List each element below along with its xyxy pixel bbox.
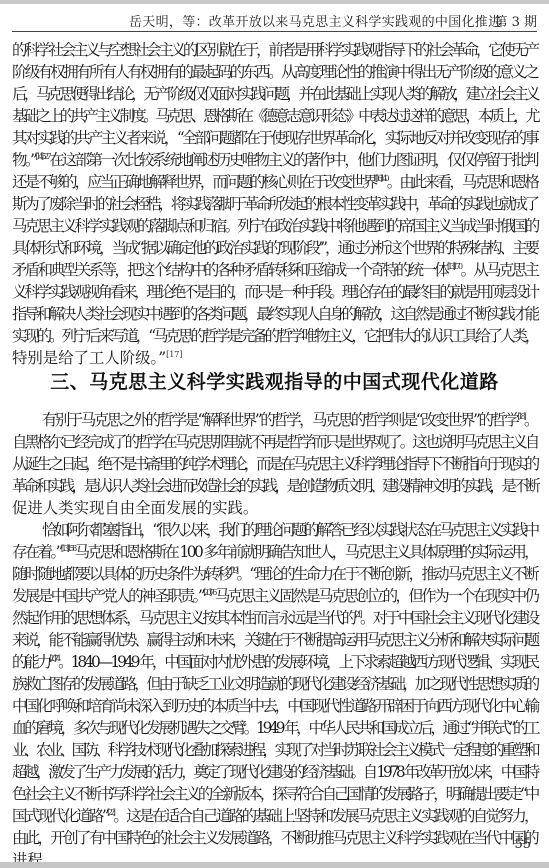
text-line: 自黑格尔已经完成了的哲学在马克思那里就不再是哲学而只是世界观了。这也说明马克思主…: [12, 432, 537, 453]
line-text: 。1840—1949 年，中国面对内忧外患的发展环境，上下求索超越西方现代逻辑、…: [58, 653, 537, 671]
line-text: 物。”: [12, 151, 35, 169]
text-line: 业、农业、国防、科学技术现代化叠加探索进程，实现了对当时苏联社会主义模式一定程度…: [12, 740, 537, 761]
line-text: 马克思主义固然是马克思创立的，但作为一个在现实中仍: [215, 587, 538, 605]
line-text: 存在着。”: [12, 543, 61, 561]
text-line: 血的窘境，多次与现代化发展机遇失之交臂。1949 年，中华人民共和国成立后，通过…: [12, 718, 537, 739]
text-line: 中国化呼唤和培育尚未深入到历史的本质当中去，中国现代性道路开辟困于向西方现代化中…: [12, 696, 537, 717]
text-line: 物。”[14]527在这部第一次比较系统地阐述历史唯物主义的著作中，他们力图证明…: [12, 150, 537, 171]
text-line: 阶级有权拥有所有人有权拥有的最起码的东西。从高度理论性的推演中得出无产阶级的意义…: [12, 62, 537, 83]
text-line: 超越，激发了生产力发展的活力，奠定了现代化建设的经济基础。自 1978 年改革开…: [12, 762, 537, 783]
text-line: 基础之上的共产主义制度。马克思、恩格斯在《德意志意识形态》中表达过这样的意思，本…: [12, 106, 537, 127]
text-line: 革命和实践，是认识人类社会进而改造社会的实践，是创造物质文明、建设精神文明的实践…: [12, 476, 537, 497]
text-line: 实现的。列宁后来写道，“马克思的哲学是完备的哲学唯物主义，它把伟大的认识工具给了…: [12, 326, 537, 347]
text-line: 然起作用的思想体系，马克思主义按其本性而言永远是当代的[21]。对于中国社会主义…: [12, 608, 537, 629]
text-line: 的科学社会主义与空想社会主义的区别就在于，前者是用科学实践观指导下的社会革命，它…: [12, 40, 537, 61]
line-text: 斯为了废除当时的社会桎梏，将实践落脚于革命所发起的根本性变革实践中，革命的实践也…: [12, 195, 537, 213]
line-text: 义科学实践观视角看来，理论绝不是目的，而只是一种手段。理论存在的最终目的就是用顶…: [12, 283, 537, 301]
line-text: 。“理论的生命力在于不断创新，推动马克思主义不断: [236, 565, 537, 583]
line-text: 指导和解决人类社会现实中遇到的各类问题，最终实现人自身的解放，这自然是通过不断实…: [12, 305, 537, 323]
line-text: 发展是中国共产党人的神圣职责。”: [12, 587, 203, 605]
scan-bottom-band: [0, 862, 549, 868]
text-line: 随时随地都要以具体的历史条件为转移[19]。“理论的生命力在于不断创新，推动马克…: [12, 564, 537, 585]
line-text: 随时随地都要以具体的历史条件为转移: [12, 565, 230, 583]
text-line: 马克思主义科学实践观的落脚点和归宿。列宁在政治实践中将他遇到的帝国主义当成当时俄…: [12, 216, 537, 237]
line-text: 的科学社会主义与空想社会主义的区别就在于，前者是用科学实践观指导下的社会革命，它…: [12, 41, 537, 59]
line-text: 促进人类实现自由全面发展的实践。: [12, 499, 258, 517]
line-text: 。: [524, 411, 537, 429]
line-text: 。这是在适合自己道路的基础上坚持和发展马克思主义实践观的自觉努力，: [113, 807, 537, 825]
text-line: 具体形式和环境，当成“据以确定他的政治实践的‘现阶段’”，通过分析这个世界的特殊…: [12, 238, 537, 259]
line-text: 。从马克思主: [461, 261, 538, 279]
line-text: 血的窘境，多次与现代化发展机遇失之交臂。1949 年，中华人民共和国成立后，通过…: [12, 719, 537, 737]
text-line: 族救亡图存的发展道路，但由于缺乏工业文明造就的现代化建设经济基础，加之现代性思想…: [12, 674, 537, 695]
line-text: 基础之上的共产主义制度。马克思、恩格斯在《德意志意识形态》中表达过这样的意思，本…: [12, 107, 537, 125]
text-line: 存在着。”[13]158马克思和恩格斯在 100 多年前就明确告知世人，马克思主…: [12, 542, 537, 563]
text-line: 斯为了废除当时的社会桎梏，将实践落脚于革命所发起的根本性变革实践中，革命的实践也…: [12, 194, 537, 215]
line-text: 来说，能不能赢得优势、赢得主动和未来，关键在于不断提高运用马克思主义分析和解决实…: [12, 631, 537, 649]
line-text: 后，马克思便得出结论，无产阶级仅仅面对实践问题，并在此基础上实现人类的解放，建立…: [12, 85, 537, 103]
line-text: 。对于中国社会主义现代化建设: [360, 609, 538, 627]
page-number: 55: [514, 837, 531, 852]
line-text: 马克思主义科学实践观的落脚点和归宿。列宁在政治实践中将他遇到的帝国主义当成当时俄…: [12, 217, 537, 235]
line-text: 在这部第一次比较系统地阐述历史唯物主义的著作中，他们力图证明，仅仅停留于批判: [49, 151, 537, 169]
text-line: 还是不够的，应当正确地解释世界，而问题的核心则在于改变世界[16]140。由此来…: [12, 172, 537, 193]
text-line: 的能力[20]74。1840—1949 年，中国面对内忧外患的发展环境，上下求索…: [12, 652, 537, 673]
line-text: 业、农业、国防、科学技术现代化叠加探索进程，实现了对当时苏联社会主义模式一定程度…: [12, 741, 537, 759]
line-text: 由此，开创了有中国特色的社会主义发展道路，不断助推马克思主义科学实践观在当代中国…: [12, 829, 537, 847]
line-text: 马克思和恩格斯在 100 多年前就明确告知世人，马克思主义具体原理的实际运用，: [75, 543, 537, 561]
line-text: 自黑格尔已经完成了的哲学在马克思那里就不再是哲学而只是世界观了。这也说明马克思主…: [12, 433, 537, 451]
citation: [14]527: [35, 152, 49, 161]
line-text: 实现的。列宁后来写道，“马克思的哲学是完备的哲学唯物主义，它把伟大的认识工具给了…: [12, 327, 537, 345]
text-line: 有别于马克思之外的哲学是“解释世界”的哲学，马克思的哲学则是“改变世界”的哲学[…: [42, 410, 537, 431]
line-text: 从诞生之日起，绝不是书斋里的纯学术理论，而是在马克思主义科学理论指导下不断指向于…: [12, 455, 537, 473]
text-line: 其对实践的共产主义者来说，“全部问题都在于使现存世界革命化，实际地反对并改变现存…: [12, 128, 537, 149]
text-line: 指导和解决人类社会现实中遇到的各类问题，最终实现人自身的解放，这自然是通过不断实…: [12, 304, 537, 325]
line-text: 其对实践的共产主义者来说，“全部问题都在于使现存世界革命化，实际地反对并改变现存…: [12, 129, 537, 147]
text-line: 恰如阿尔都塞指出，“很久以来，我们的理论问题的解答已经以实践状态在马克思主义实践…: [42, 520, 537, 541]
citation: [17]: [166, 350, 182, 359]
line-text: 还是不够的，应当正确地解释世界，而问题的核心则在于改变世界: [12, 173, 375, 191]
line-text: 恰如阿尔都塞指出，“很久以来，我们的理论问题的解答已经以实践状态在马克思主义实践…: [42, 521, 537, 539]
line-text: 革命和实践，是认识人类社会进而改造社会的实践，是创造物质文明、建设精神文明的实践…: [12, 477, 537, 495]
text-line: 来说，能不能赢得优势、赢得主动和未来，关键在于不断提高运用马克思主义分析和解决实…: [12, 630, 537, 651]
line-text: 中国化呼唤和培育尚未深入到历史的本质当中去，中国现代性道路开辟困于向西方现代化中…: [12, 697, 537, 715]
scan-top-band: [0, 0, 549, 4]
line-text: 族救亡图存的发展道路，但由于缺乏工业文明造就的现代化建设经济基础，加之现代性思想…: [12, 675, 537, 693]
issue-number: 第 3 期: [494, 11, 537, 30]
text-line: 促进人类实现自由全面发展的实践。: [12, 498, 537, 519]
line-text: 。由此来看，马克思和恩格: [387, 173, 537, 191]
text-line: 后，马克思便得出结论，无产阶级仅仅面对实践问题，并在此基础上实现人类的解放，建立…: [12, 84, 537, 105]
line-text: 国式现代化道路”: [12, 807, 107, 825]
citation: [20]74: [49, 654, 58, 663]
citation: [16]140: [375, 174, 387, 183]
text-line: 从诞生之日起，绝不是书斋里的纯学术理论，而是在马克思主义科学理论指导下不断指向于…: [12, 454, 537, 475]
text-line: 由此，开创了有中国特色的社会主义发展道路，不断助推马克思主义科学实践观在当代中国…: [12, 828, 537, 849]
text-line: 国式现代化道路”[22]。这是在适合自己道路的基础上坚持和发展马克思主义实践观的…: [12, 806, 537, 827]
text-line: 特别是给了工人阶级。”[17]: [12, 348, 537, 369]
text-line: 义科学实践观视角看来，理论绝不是目的，而只是一种手段。理论存在的最终目的就是用顶…: [12, 282, 537, 303]
line-text: 矛盾和典型关系等，把这个结构中的各种矛盾转移和压缩成一个奇特的统一体: [12, 261, 447, 279]
line-text: 具体形式和环境，当成“据以确定他的政治实践的‘现阶段’”，通过分析这个世界的特殊…: [12, 239, 537, 257]
citation: [13]158: [61, 544, 75, 553]
text-line: 色社会主义不断书写科学社会主义的全新版本，探寻符合自己国情的发展路子，明确提出要…: [12, 784, 537, 805]
line-text: 色社会主义不断书写科学社会主义的全新版本，探寻符合自己国情的发展路子，明确提出要…: [12, 785, 537, 803]
line-text: 然起作用的思想体系，马克思主义按其本性而言永远是当代的: [12, 609, 354, 627]
running-header: 岳天明，等：改革开放以来马克思主义科学实践观的中国化推进 第 3 期: [12, 9, 537, 29]
section-heading: 三、马克思主义科学实践观指导的中国式现代化道路: [0, 367, 549, 394]
text-line: 矛盾和典型关系等，把这个结构中的各种矛盾转移和压缩成一个奇特的统一体[13]17…: [12, 260, 537, 281]
line-text: 的能力: [12, 653, 49, 671]
text-line: 发展是中国共产党人的神圣职责。”[20]76马克思主义固然是马克思创立的，但作为…: [12, 586, 537, 607]
line-text: 阶级有权拥有所有人有权拥有的最起码的东西。从高度理论性的推演中得出无产阶级的意义…: [12, 63, 537, 81]
header-rule: [12, 31, 537, 32]
running-title: 岳天明，等：改革开放以来马克思主义科学实践观的中国化推进: [129, 11, 501, 30]
citation: [20]76: [203, 588, 215, 597]
line-text: 有别于马克思之外的哲学是“解释世界”的哲学，马克思的哲学则是“改变世界”的哲学: [42, 411, 517, 429]
citation: [13]170: [447, 262, 461, 271]
line-text: 超越，激发了生产力发展的活力，奠定了现代化建设的经济基础。自 1978 年改革开…: [12, 763, 537, 781]
line-text: 特别是给了工人阶级。”: [12, 349, 166, 367]
